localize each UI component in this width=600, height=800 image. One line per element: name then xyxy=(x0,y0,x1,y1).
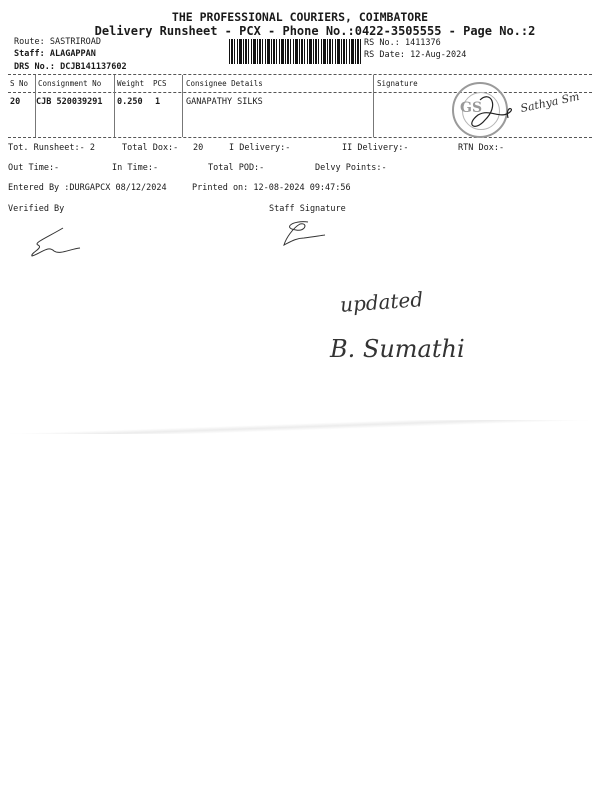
barcode xyxy=(229,39,363,64)
out-time: Out Time:- xyxy=(8,163,59,173)
cell-weight: 0.250 xyxy=(117,97,143,107)
drs-value: DCJB141137602 xyxy=(60,62,127,72)
verified-by-label: Verified By xyxy=(8,204,64,214)
col-signature: Signature xyxy=(377,79,418,88)
handwritten-updated-note: updated xyxy=(339,287,424,317)
col-pcs: PCS xyxy=(153,79,167,88)
col-consignee-details: Consignee Details xyxy=(186,79,263,88)
cell-pcs: 1 xyxy=(155,97,160,107)
staff-value: ALAGAPPAN xyxy=(50,49,96,59)
col-divider xyxy=(114,75,115,137)
printed-on: Printed on: 12-08-2024 09:47:56 xyxy=(192,183,351,193)
staff-label: Staff: xyxy=(14,49,45,59)
rs-date-value: 12-Aug-2024 xyxy=(410,50,466,60)
scan-crease xyxy=(0,420,600,434)
i-delivery: I Delivery:- xyxy=(229,143,290,153)
col-s-no: S No xyxy=(10,79,28,88)
col-divider xyxy=(182,75,183,137)
total-dox-value: 20 xyxy=(193,143,203,153)
col-divider xyxy=(373,75,374,137)
cell-s-no: 20 xyxy=(10,97,20,107)
rs-no-value: 1411376 xyxy=(405,38,441,48)
rs-no-label: RS No.: xyxy=(364,38,400,48)
rs-date-label: RS Date: xyxy=(364,50,405,60)
cell-consignee: GANAPATHY SILKS xyxy=(186,97,263,107)
delvy-points: Delvy Points:- xyxy=(315,163,387,173)
rs-date-line: RS Date: 12-Aug-2024 xyxy=(364,50,466,60)
cell-consignment-no: CJB 520039291 xyxy=(36,97,103,107)
total-dox-label: Total Dox:- xyxy=(122,143,178,153)
drs-label: DRS No.: xyxy=(14,62,55,72)
staff-line: Staff: ALAGAPPAN xyxy=(14,49,96,59)
runsheet-subtitle: Delivery Runsheet - PCX - Phone No.:0422… xyxy=(0,24,600,38)
table-top-rule xyxy=(8,74,592,75)
receiver-signature-scribble xyxy=(460,90,530,140)
staff-signature-label: Staff Signature xyxy=(269,204,346,214)
ii-delivery: II Delivery:- xyxy=(342,143,409,153)
route-value: SASTRIROAD xyxy=(50,37,101,47)
drs-line: DRS No.: DCJB141137602 xyxy=(14,62,127,72)
col-weight: Weight xyxy=(117,79,144,88)
rtn-dox: RTN Dox:- xyxy=(458,143,504,153)
handwritten-name: B. Sumathi xyxy=(330,335,465,363)
entered-by: Entered By :DURGAPCX 08/12/2024 xyxy=(8,183,167,193)
tot-runsheet: Tot. Runsheet:- 2 xyxy=(8,143,95,153)
company-title: THE PROFESSIONAL COURIERS, COIMBATORE xyxy=(0,10,600,24)
rs-no-line: RS No.: 1411376 xyxy=(364,38,441,48)
verifier-signature-scribble xyxy=(28,225,88,260)
col-consignment-no: Consignment No xyxy=(38,79,101,88)
total-pod: Total POD:- xyxy=(208,163,264,173)
staff-signature-scribble xyxy=(278,218,338,253)
in-time: In Time:- xyxy=(112,163,158,173)
route-label: Route: xyxy=(14,37,45,47)
route-line: Route: SASTRIROAD xyxy=(14,37,101,47)
